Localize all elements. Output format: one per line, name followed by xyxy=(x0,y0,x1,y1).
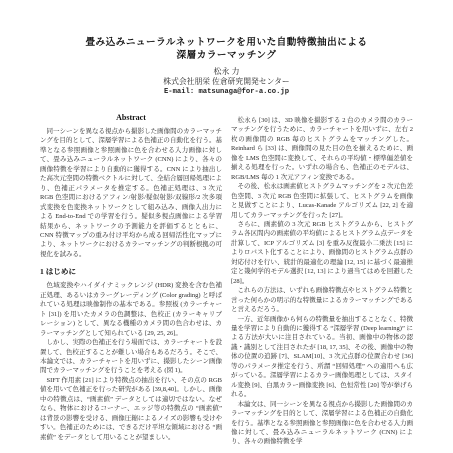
author-affiliation: 株式会社朋栄 佐倉研究開発センター xyxy=(0,77,453,87)
author-email: E-mail: matsunaga@for-a.co.jp xyxy=(0,87,453,97)
author-name: 松永 力 xyxy=(0,67,453,77)
abstract-text: 同一シーンを異なる視点から撮影した画像間のカラーマッチングを目的として、深層学習… xyxy=(40,127,222,259)
section-1-paragraph: SIFT 作用素 [21] により特徴点の抽出を行い、その点の RGB 値を用い… xyxy=(40,376,222,442)
body-paragraph: 本論文は、同一シーンを異なる視点から撮影した画像間のカラーマッチングを目的として… xyxy=(231,400,413,447)
body-paragraph: これらの方法は、いずれも画像特徴点やヒストグラム特徴と言った何らかの明示的な特徴… xyxy=(231,286,413,314)
section-1-heading: 1 はじめに xyxy=(40,267,222,277)
left-column: Abstract 同一シーンを異なる視点から撮影した画像間のカラーマッチングを目… xyxy=(40,112,222,442)
paper-title-line-1: 畳み込みニューラルネットワークを用いた自動特徴抽出による xyxy=(0,36,453,49)
body-paragraph: 松永ら [30] は、3D 映像を撮影する 2 台のカメラ間のカラーマッチングを… xyxy=(231,116,413,182)
paper-page: 畳み込みニューラルネットワークを用いた自動特徴抽出による 深層カラーマッチング … xyxy=(0,0,453,453)
abstract-heading: Abstract xyxy=(40,112,222,123)
body-paragraph: 一方、近年画像から何らの特徴量を抽出することなく、特徴量を学習により自動的に獲得… xyxy=(231,315,413,400)
body-paragraph: その後、松永は画素値ヒストグラムマッチングを 2 次元色差色空間、3 次元 RG… xyxy=(231,182,413,220)
section-1-paragraph: 色域変換やハイダイナミックレンジ (HDR) 変換を含む色補正処理、あるいはカラ… xyxy=(40,281,222,338)
title-block: 畳み込みニューラルネットワークを用いた自動特徴抽出による 深層カラーマッチング … xyxy=(0,36,453,97)
body-paragraph: さらに、画素値の 3 次元 RGB ヒストグラムから、ヒストグラム各区間内の画素… xyxy=(231,220,413,286)
right-column: 松永ら [30] は、3D 映像を撮影する 2 台のカメラ間のカラーマッチングを… xyxy=(231,116,413,446)
section-1-paragraph: しかし、実際の色補正を行う場面では、カラーチャートを設置して、色校正することが難… xyxy=(40,338,222,376)
paper-title-line-2: 深層カラーマッチング xyxy=(0,49,453,62)
